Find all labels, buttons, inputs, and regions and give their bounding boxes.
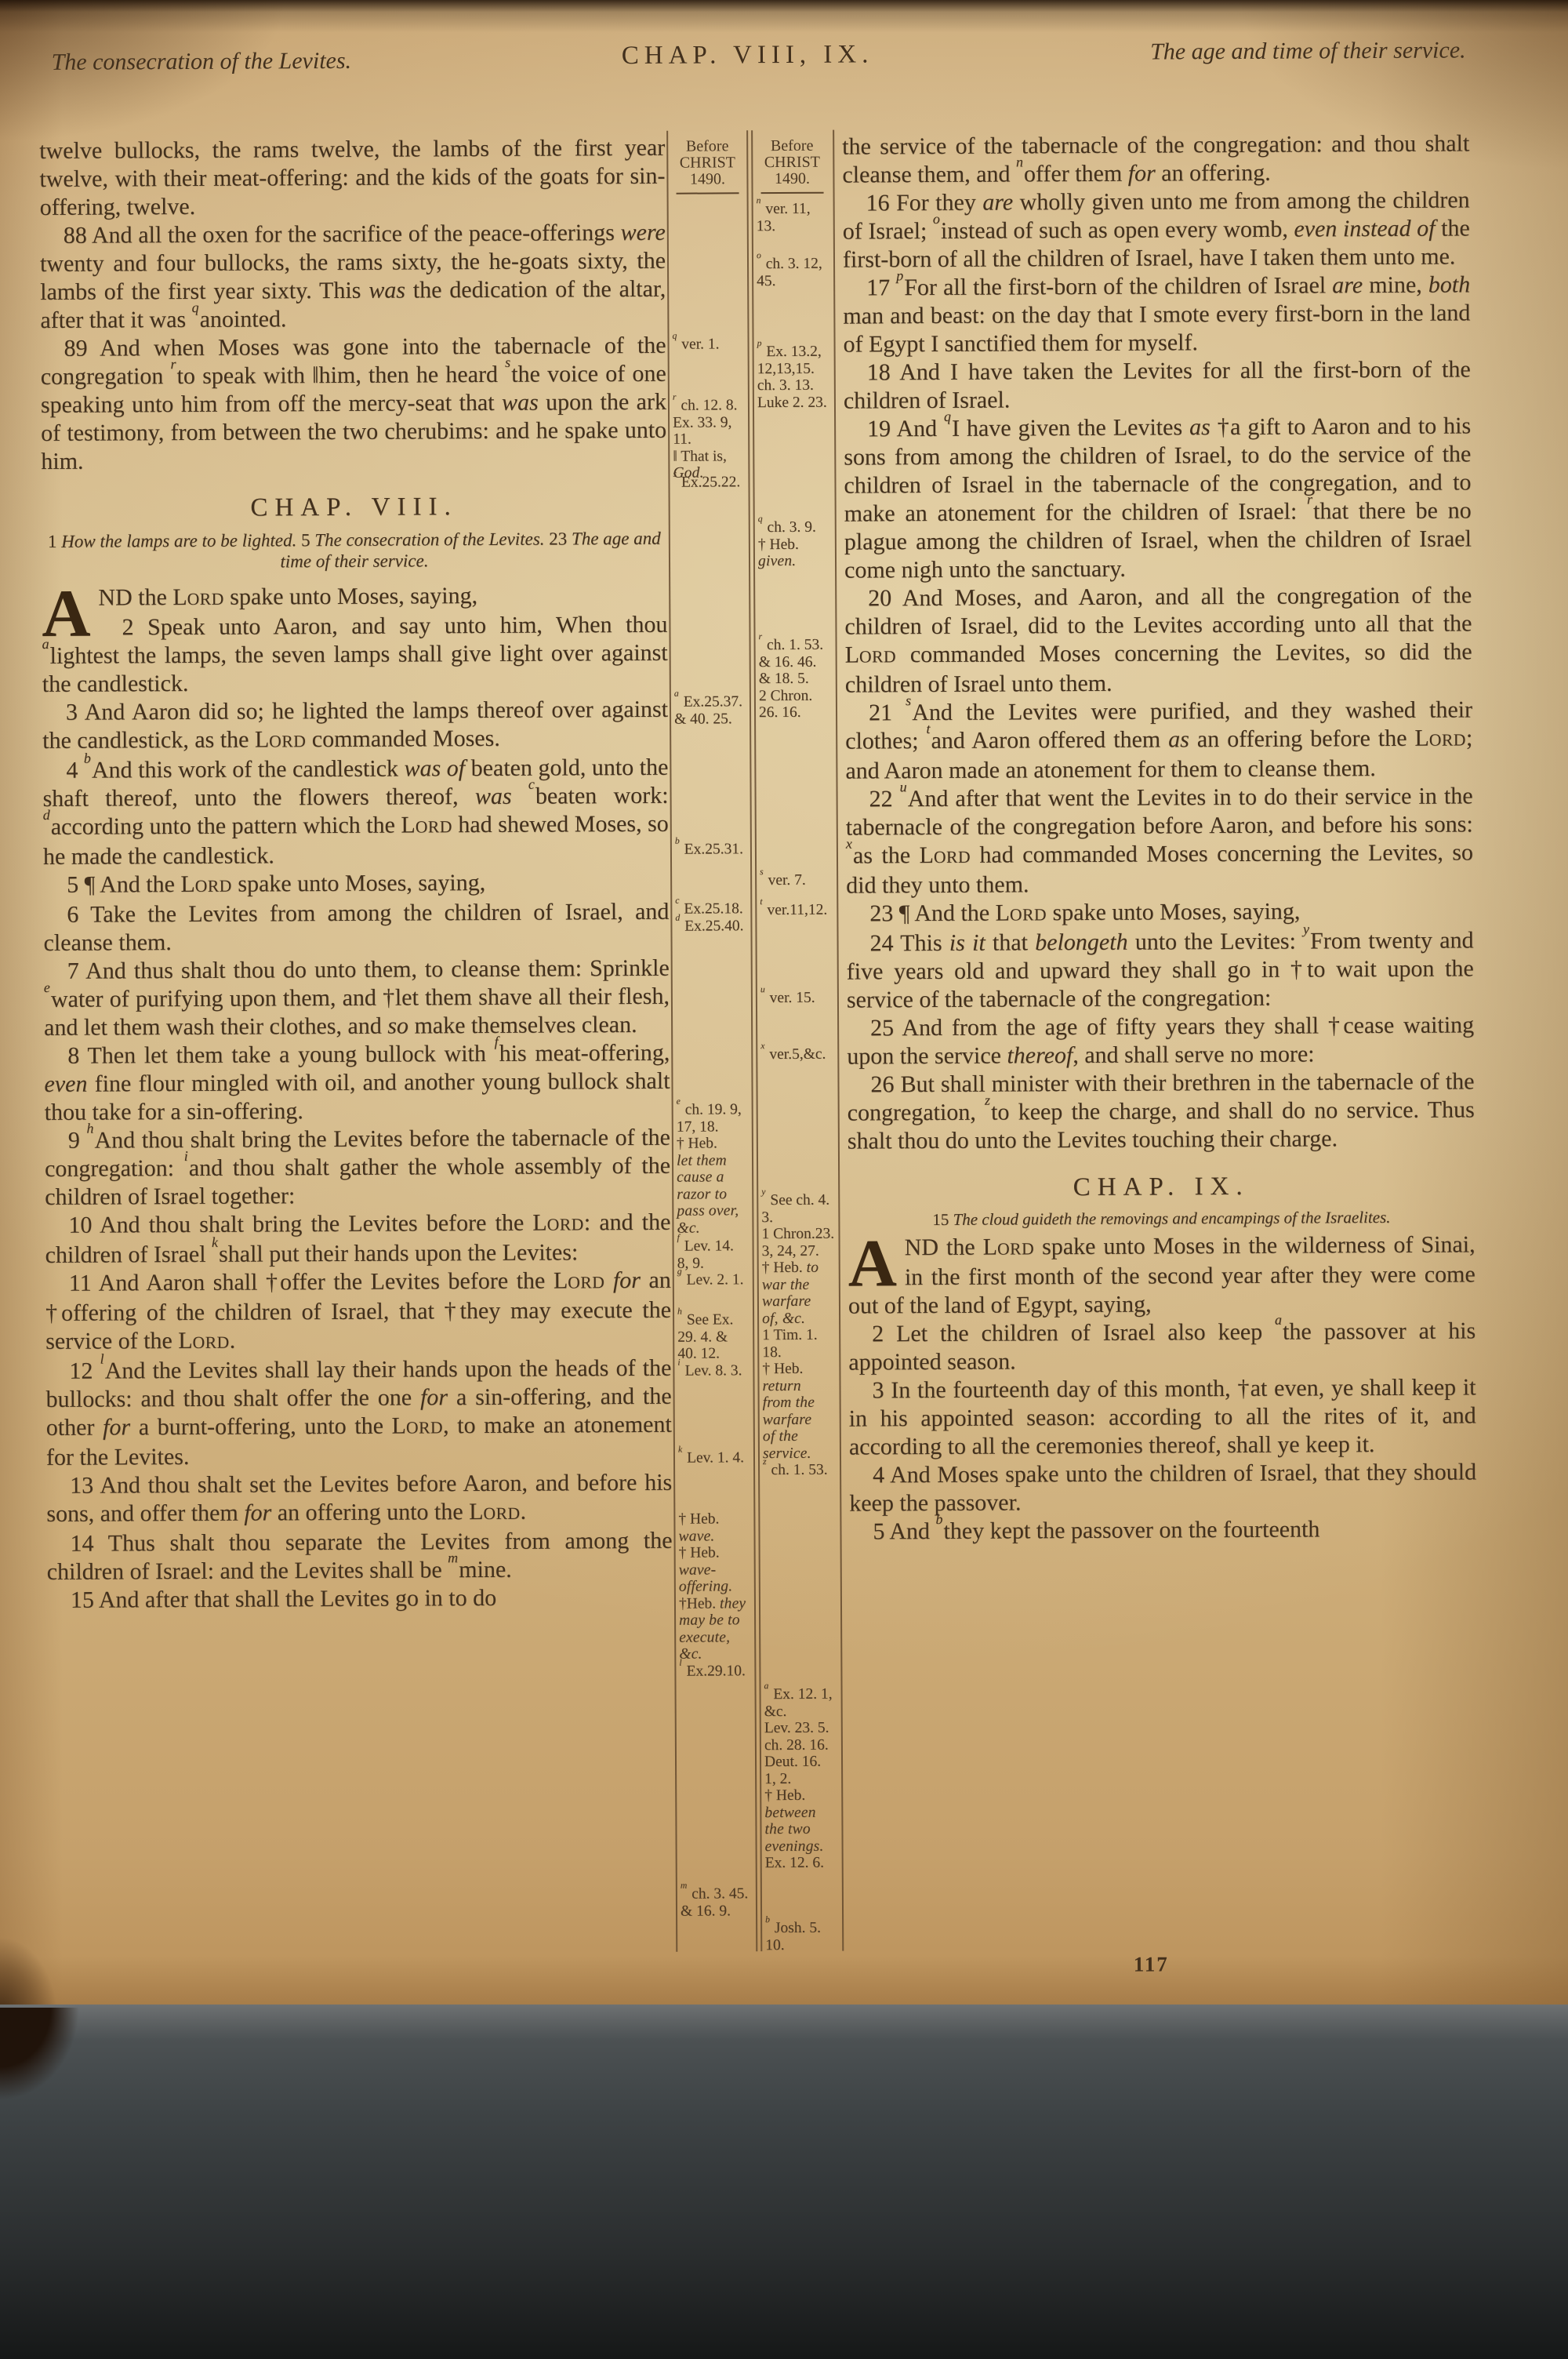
chapter-summary: 1 How the lamps are to be lighted. 5 The… (42, 528, 667, 573)
verse-paragraph: 9 hAnd thou shalt bring the Levites befo… (45, 1124, 671, 1212)
margin-note: q ch. 3. 9.† Heb.given. (758, 519, 833, 570)
verse-paragraph: 11 And Aaron shall †offer the Levites be… (45, 1267, 672, 1358)
scripture-column-left: twelve bullocks, the rams twelve, the la… (39, 134, 673, 1615)
verse-paragraph: 20 And Moses, and Aaron, and all the con… (844, 581, 1472, 699)
margin-before-label: Before (754, 138, 829, 155)
chapter-heading: CHAP. IX. (848, 1171, 1475, 1202)
margin-year-label: 1490. (754, 171, 829, 188)
margin-note: a Ex.25.37.& 40. 25. (674, 693, 750, 728)
dropcap-verse: AND the LORD spake unto Moses in the wil… (848, 1230, 1476, 1320)
running-head-left: The consecration of the Levites. (52, 47, 491, 76)
verse-paragraph: 5 ¶ And the LORD spake unto Moses, sayin… (43, 868, 669, 901)
margin-heading-rule (677, 192, 739, 194)
running-head-right: The age and time of their service. (1030, 37, 1466, 66)
margin-note: f Lev. 14.8, 9.g Lev. 2. 1. (677, 1238, 753, 1289)
drop-cap: A (42, 584, 98, 641)
verse-paragraph: 2 Let the children of Israel also keep a… (848, 1317, 1475, 1376)
verse-paragraph: 14 Thus shalt thou separate the Levites … (46, 1527, 672, 1587)
dropcap-verse: AND the LORD spake unto Moses, saying, (42, 581, 667, 614)
verse-paragraph: 23 ¶ And the LORD spake unto Moses, sayi… (846, 896, 1473, 929)
verse-paragraph: 12 lAnd the Levites shall lay their hand… (45, 1354, 672, 1472)
verse-paragraph: 24 This is it that belongeth unto the Le… (846, 926, 1474, 1014)
drop-cap: A (848, 1234, 905, 1290)
margin-note: q ver. 1. (673, 336, 748, 353)
verse-paragraph: 17 pFor all the first-born of the childr… (843, 271, 1471, 358)
verse-paragraph: 4 And Moses spake unto the children of I… (849, 1458, 1476, 1518)
verse-paragraph: 4 bAnd this work of the candlestick was … (42, 754, 669, 871)
page-corner-curl (0, 1914, 63, 2017)
margin-notes-layer: q ver. 1.r ch. 12. 8.Ex. 33. 9,11.‖ That… (0, 0, 1563, 4)
margin-note: c Ex.25.18.d Ex.25.40. (675, 900, 750, 935)
margin-note: x ver.5,&c. (760, 1046, 836, 1063)
margin-note: y See ch. 4.3.1 Chron.23.3, 24, 27.† Heb… (761, 1192, 838, 1479)
margin-note: m ch. 3. 45.& 16. 9. (681, 1885, 756, 1920)
verse-paragraph: 88 And all the oxen for the sacrifice of… (40, 219, 666, 335)
margin-note: o ch. 3. 12,45. (757, 256, 832, 290)
verse-paragraph: 6 Take the Levites from among the childr… (43, 898, 669, 958)
verse-paragraph: 22 uAnd after that went the Levites in t… (846, 782, 1474, 900)
book-scan: { "header": { "left": "The consecration … (0, 0, 1568, 2359)
verse-paragraph: 18 And I have taken the Levites for all … (844, 355, 1471, 415)
margin-heading-rule (761, 192, 824, 194)
verse-paragraph: 13 And thou shalt set the Levites before… (46, 1469, 672, 1530)
scanner-backdrop (0, 2005, 1568, 2359)
continuation-paragraph: twelve bullocks, the rams twelve, the la… (39, 134, 666, 222)
page-number: 117 (1073, 1952, 1229, 1977)
margin-note: b Josh. 5.10. (765, 1920, 840, 1954)
chapter-summary: 15 The cloud guideth the removings and e… (848, 1207, 1475, 1229)
verse-paragraph: 89 And when Moses was gone into the tabe… (40, 332, 666, 476)
scripture-column-right: the service of the tabernacle of the con… (842, 129, 1476, 1546)
margin-note: r ch. 1. 53.& 16. 46.& 18. 5.2 Chron.26.… (759, 637, 835, 722)
margin-note: n ver. 11,13. (757, 201, 832, 235)
margin-note: u ver. 15. (760, 990, 836, 1007)
verse-paragraph: 15 And after that shall the Levites go i… (47, 1583, 673, 1615)
page-content: The consecration of the Levites. CHAP. V… (0, 0, 1568, 2021)
margin-date-heading: Before CHRIST 1490. (754, 138, 829, 194)
margin-note: r ch. 12. 8.Ex. 33. 9,11.‖ That is,God. (673, 397, 749, 482)
margin-note: † Heb.wave.† Heb.wave-offering.†Heb. the… (678, 1510, 754, 1679)
margin-date-heading: Before CHRIST 1490. (670, 138, 745, 194)
continuation-paragraph: the service of the tabernacle of the con… (842, 129, 1469, 189)
margin-note: e ch. 19. 9,17, 18.† Heb.let themcause a… (677, 1101, 753, 1237)
running-head-chapter: CHAP. VIII, IX. (536, 40, 960, 71)
verse-paragraph: 5 And bthey kept the passover on the fou… (849, 1514, 1476, 1546)
margin-christ-label: CHRIST (670, 154, 745, 172)
verse-paragraph: 21 sAnd the Levites were purified, and t… (845, 696, 1473, 785)
margin-before-label: Before (670, 138, 745, 155)
margin-note: b Ex.25.31. (675, 841, 750, 858)
verse-paragraph: 2 Speak unto Aaron, and say unto him, Wh… (42, 611, 668, 699)
margin-note: t ver.11,12. (760, 902, 835, 919)
chapter-heading: CHAP. VIII. (42, 492, 667, 523)
verse-paragraph: 26 But shall minister with their brethre… (847, 1067, 1475, 1155)
verse-paragraph: 7 And thus shalt thou do unto them, to c… (44, 954, 670, 1042)
margin-note: s ver. 7. (760, 872, 835, 889)
verse-paragraph: 3 In the fourteenth day of this month, †… (848, 1373, 1476, 1461)
verse-paragraph: 19 And qI have given the Levites as †a g… (844, 412, 1472, 584)
verse-paragraph: 25 And from the age of fifty years they … (847, 1011, 1474, 1070)
margin-note: h See Ex.29. 4. &40. 12.i Lev. 8. 3. (677, 1311, 753, 1379)
margin-christ-label: CHRIST (754, 154, 829, 172)
margin-year-label: 1490. (670, 171, 745, 188)
verse-paragraph: 16 For they are wholly given unto me fro… (843, 186, 1471, 274)
margin-note: s Ex.25.22. (673, 474, 748, 491)
verse-paragraph: 8 Then let them take a young bullock wit… (44, 1039, 670, 1127)
gutter-rule (833, 130, 844, 1951)
book-page: The consecration of the Levites. CHAP. V… (0, 0, 1568, 2017)
margin-note: a Ex. 12. 1,&c.Lev. 23. 5.ch. 28. 16.Deu… (764, 1686, 840, 1872)
margin-note: k Lev. 1. 4. (678, 1449, 753, 1467)
verse-paragraph: 10 And thou shalt bring the Levites befo… (45, 1209, 670, 1270)
backdrop-shadow (0, 2008, 94, 2117)
verse-paragraph: 3 And Aaron did so; he lighted the lamps… (42, 696, 668, 757)
margin-note: p Ex. 13.2,12,13,15.ch. 3. 13.Luke 2. 23… (757, 343, 833, 412)
